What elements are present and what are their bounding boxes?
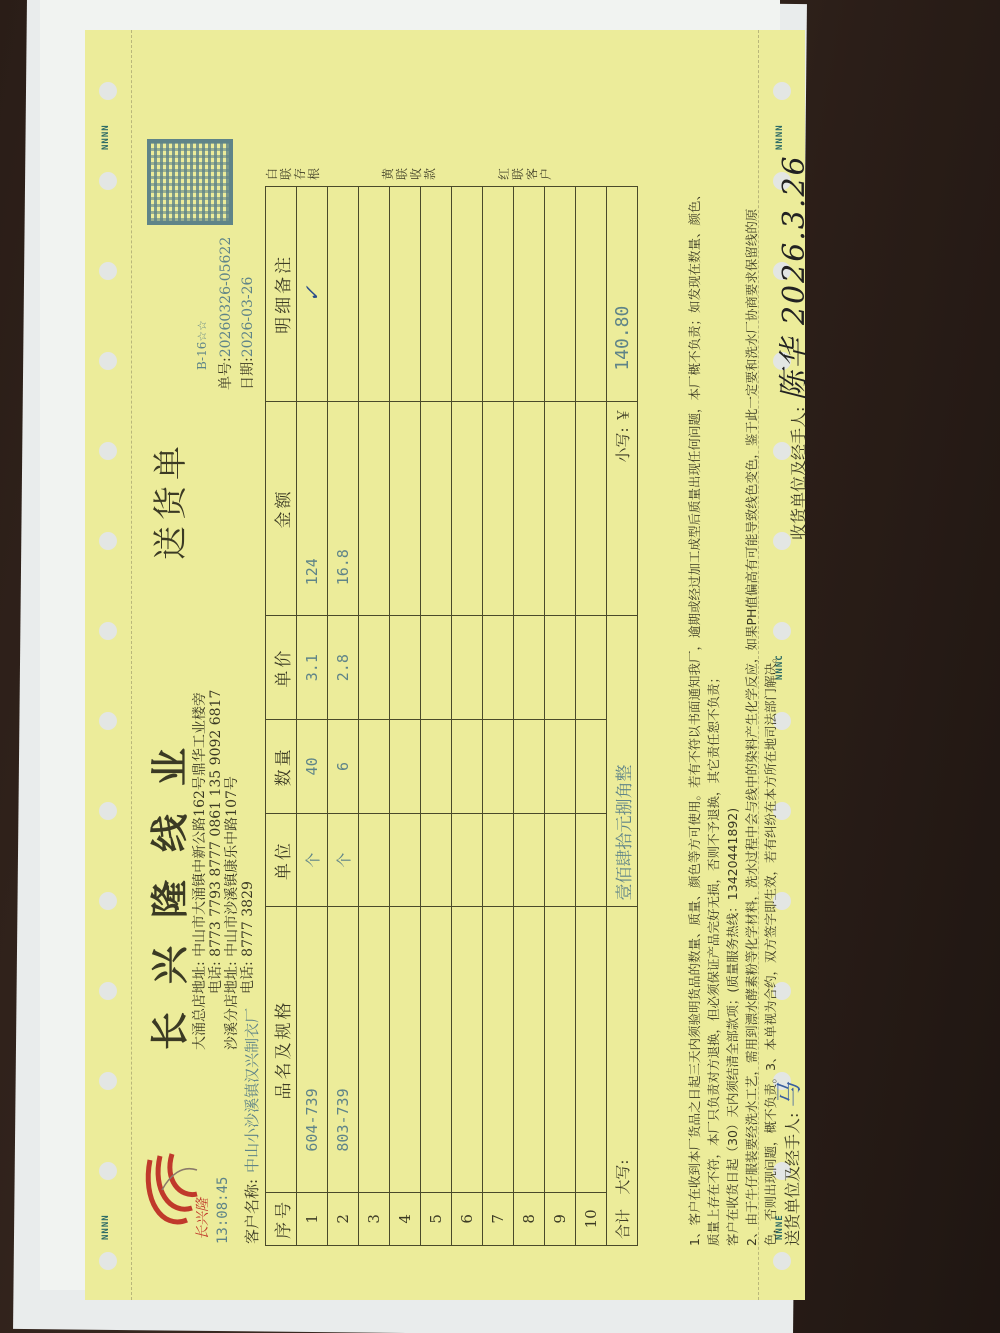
sender-signature: 送货单位及经手人:马 [769,1083,806,1246]
col-header-amount: 金额 [266,401,297,616]
sprocket-hole [99,82,117,100]
total-row: 合计 大写: 壹佰肆拾元捌角整 小写: ￥ 140.80 [607,187,638,1246]
sprocket-hole [99,532,117,550]
sprocket-hole [99,892,117,910]
sprocket-hole [99,622,117,640]
col-header-price: 单价 [266,616,297,720]
sprocket-hole [99,1162,117,1180]
sender-handwriting: 马 [775,1083,805,1109]
table-header-row: 序号 品名及规格 单位 数量 单价 金额 明细备注 [266,187,297,1246]
table-row: 6 [452,187,483,1246]
tear-code: NNNN [101,124,111,150]
sprocket-hole [99,712,117,730]
table-row: 4 [390,187,421,1246]
tear-code: NNNN [775,124,785,150]
col-header-no: 序号 [266,1192,297,1245]
table-row: 10 [576,187,607,1246]
batch-code: B-16☆☆ [195,320,209,370]
table-row: 7 [483,187,514,1246]
terms-and-conditions: 1、客户在收到本厂货品之日起三天内须验明货品的数量、质量、颜色等方可使用。若有不… [685,186,780,1246]
sprocket-hole [99,172,117,190]
qr-code-icon [147,139,233,225]
col-header-name: 品名及规格 [266,907,297,1192]
customer-name: 客户名称:中山小沙溪镇汉兴制衣厂 [241,1008,262,1244]
table-row: 3 [359,187,390,1246]
table-row: 2 803-739 个 6 2.8 16.8 [328,187,359,1246]
company-name: 长兴隆线业 [139,720,194,1050]
col-header-qty: 数量 [266,720,297,814]
sprocket-hole [773,82,791,100]
form-title: 送货单 [143,440,192,560]
table-row: 5 [421,187,452,1246]
sprocket-hole [773,1252,791,1270]
delivery-note-wrapper: NNNN NNNN NNNE NNNC NNNN [85,30,805,1300]
total-upper-cell: 合计 大写: [607,907,638,1246]
receiver-signature: 收货单位及经手人:陈华 2026.3.26 [769,154,813,540]
col-header-unit: 单位 [266,813,297,907]
sprocket-hole [99,442,117,460]
order-number: 单号:20260326-05622 [215,237,235,390]
total-lower-label: 小写: ￥ [607,401,638,616]
checkmark-icon: ✓ [297,187,328,402]
total-lower-value: 140.80 [607,187,638,402]
items-table: 序号 品名及规格 单位 数量 单价 金额 明细备注 1 604-739 个 40… [265,186,638,1246]
print-time: 13:08:45 [215,1177,231,1244]
slip-content: 长兴隆 13:08:45 长兴隆线业 送货单 大涌总店地址: 中山市大涌镇中新公… [137,70,753,1260]
sprocket-hole [99,352,117,370]
copy-labels: 白联存根 黄联收款 红联客户 [265,150,613,180]
col-header-note: 明细备注 [266,187,297,402]
delivery-note: NNNN NNNN NNNE NNNC NNNN [85,30,805,1300]
order-date: 日期:2026-03-26 [237,277,257,390]
logo-text: 长兴隆 [192,1198,212,1240]
tear-code: NNNN [101,1214,111,1240]
receiver-handwriting: 陈华 2026.3.26 [777,154,812,400]
total-upper-value: 壹佰肆拾元捌角整 [607,616,638,907]
sprocket-hole [99,982,117,1000]
sprocket-hole [99,802,117,820]
table-row: 1 604-739 个 40 3.1 124 ✓ [297,187,328,1246]
sprocket-hole [99,262,117,280]
table-row: 9 [545,187,576,1246]
table-row: 8 [514,187,545,1246]
perforation-strip-top: NNNN NNNN [85,30,132,1300]
sprocket-hole [99,1072,117,1090]
sprocket-hole [99,1252,117,1270]
